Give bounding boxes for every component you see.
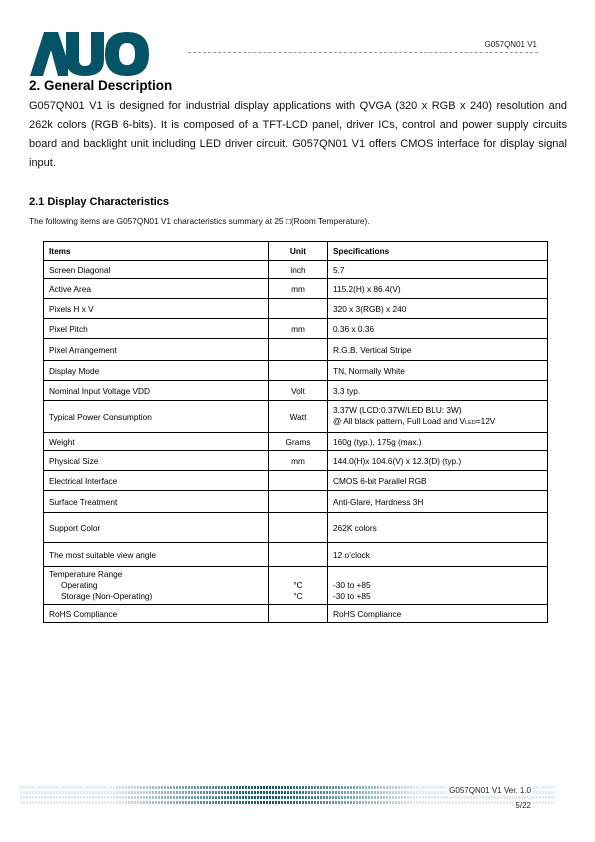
cell-unit <box>269 513 328 543</box>
cell-spec: 5.7 <box>328 261 548 279</box>
footer-page-number: 5/22 <box>513 801 533 810</box>
table-row: Display ModeTN, Normally White <box>44 361 548 381</box>
cell-item: Display Mode <box>44 361 269 381</box>
cell-unit <box>269 299 328 319</box>
cell-unit <box>269 605 328 623</box>
cell-item: Pixels H x V <box>44 299 269 319</box>
cell-item: Surface Treatment <box>44 491 269 513</box>
table-header-row: Items Unit Specifications <box>44 242 548 261</box>
cell-item: Typical Power Consumption <box>44 401 269 433</box>
cell-item: Physical Size <box>44 451 269 471</box>
cell-spec: RoHS Compliance <box>328 605 548 623</box>
cell-spec: TN, Normally White <box>328 361 548 381</box>
table-row: Pixel ArrangementR.G.B. Vertical Stripe <box>44 339 548 361</box>
cell-item: Electrical Interface <box>44 471 269 491</box>
cell-spec: 115.2(H) x 86.4(V) <box>328 279 548 299</box>
cell-spec: 262K colors <box>328 513 548 543</box>
table-row: Nominal Input Voltage VDDVolt3.3 typ. <box>44 381 548 401</box>
cell-unit: mm <box>269 319 328 339</box>
sub-item-label: Storage (Non-Operating) <box>49 591 263 602</box>
cell-item: Temperature RangeOperatingStorage (Non-O… <box>44 567 269 605</box>
cell-unit: mm <box>269 279 328 299</box>
cell-spec: CMOS 6-bit Parallel RGB <box>328 471 548 491</box>
header-divider <box>188 52 538 53</box>
cell-spec: 144.0(H)x 104.6(V) x 12.3(D) (typ.) <box>328 451 548 471</box>
col-header-unit: Unit <box>269 242 328 261</box>
table-row: Surface TreatmentAnti-Glare, Hardness 3H <box>44 491 548 513</box>
table-row: Pixels H x V320 x 3(RGB) x 240 <box>44 299 548 319</box>
cell-item: Nominal Input Voltage VDD <box>44 381 269 401</box>
cell-item: Screen Diagonal <box>44 261 269 279</box>
sub-spec: -30 to +85 <box>333 580 371 590</box>
auo-logo <box>30 32 150 76</box>
summary-text: The following items are G057QN01 V1 char… <box>29 216 370 226</box>
cell-spec: R.G.B. Vertical Stripe <box>328 339 548 361</box>
sub-unit: °C <box>293 591 302 601</box>
cell-unit: mm <box>269 451 328 471</box>
table-row: Screen Diagonalinch5.7 <box>44 261 548 279</box>
table-row: Temperature RangeOperatingStorage (Non-O… <box>44 567 548 605</box>
cell-spec: 0.36 x 0.36 <box>328 319 548 339</box>
intro-paragraph: G057QN01 V1 is designed for industrial d… <box>29 97 567 173</box>
cell-item: The most suitable view angle <box>44 543 269 567</box>
cell-spec: -30 to +85-30 to +85 <box>328 567 548 605</box>
cell-item: RoHS Compliance <box>44 605 269 623</box>
cell-item: Pixel Arrangement <box>44 339 269 361</box>
cell-unit: °C°C <box>269 567 328 605</box>
table-row: Support Color262K colors <box>44 513 548 543</box>
cell-item: Weight <box>44 433 269 451</box>
item-label: Temperature Range <box>49 569 122 579</box>
cell-unit: Volt <box>269 381 328 401</box>
cell-spec: 12 o’clock <box>328 543 548 567</box>
cell-unit <box>269 361 328 381</box>
table-row: Physical Sizemm144.0(H)x 104.6(V) x 12.3… <box>44 451 548 471</box>
spec-line-2: @ All black pattern, Full Load and VLED=… <box>333 416 495 426</box>
cell-spec: 3.3 typ. <box>328 381 548 401</box>
display-characteristics-table: Items Unit Specifications Screen Diagona… <box>43 241 548 623</box>
table-row: Pixel Pitchmm0.36 x 0.36 <box>44 319 548 339</box>
sub-unit: °C <box>293 580 302 590</box>
cell-spec: 320 x 3(RGB) x 240 <box>328 299 548 319</box>
table-row: The most suitable view angle12 o’clock <box>44 543 548 567</box>
col-header-items: Items <box>44 242 269 261</box>
cell-spec: 160g (typ.), 175g (max.) <box>328 433 548 451</box>
cell-spec: Anti-Glare, Hardness 3H <box>328 491 548 513</box>
cell-unit <box>269 491 328 513</box>
cell-spec: 3.37W (LCD:0.37W/LED BLU: 3W)@ All black… <box>328 401 548 433</box>
cell-unit <box>269 543 328 567</box>
table-row: WeightGrams160g (typ.), 175g (max.) <box>44 433 548 451</box>
subsection-title: 2.1 Display Characteristics <box>29 196 169 208</box>
col-header-specifications: Specifications <box>328 242 548 261</box>
cell-unit: Watt <box>269 401 328 433</box>
table-row: RoHS ComplianceRoHS Compliance <box>44 605 548 623</box>
spec-line: 3.37W (LCD:0.37W/LED BLU: 3W) <box>333 405 462 415</box>
cell-unit <box>269 471 328 491</box>
section-title: 2. General Description <box>29 78 172 93</box>
table-row: Active Areamm115.2(H) x 86.4(V) <box>44 279 548 299</box>
cell-unit: inch <box>269 261 328 279</box>
table-row: Electrical InterfaceCMOS 6-bit Parallel … <box>44 471 548 491</box>
cell-item: Pixel Pitch <box>44 319 269 339</box>
cell-unit: Grams <box>269 433 328 451</box>
sub-spec: -30 to +85 <box>333 591 371 601</box>
sub-item-label: Operating <box>49 580 263 591</box>
cell-unit <box>269 339 328 361</box>
cell-item: Support Color <box>44 513 269 543</box>
footer-model-version: G057QN01 V1 Ver. 1.0 <box>447 786 533 795</box>
header-model: G057QN01 V1 <box>485 40 537 49</box>
cell-item: Active Area <box>44 279 269 299</box>
table-row: Typical Power ConsumptionWatt3.37W (LCD:… <box>44 401 548 433</box>
